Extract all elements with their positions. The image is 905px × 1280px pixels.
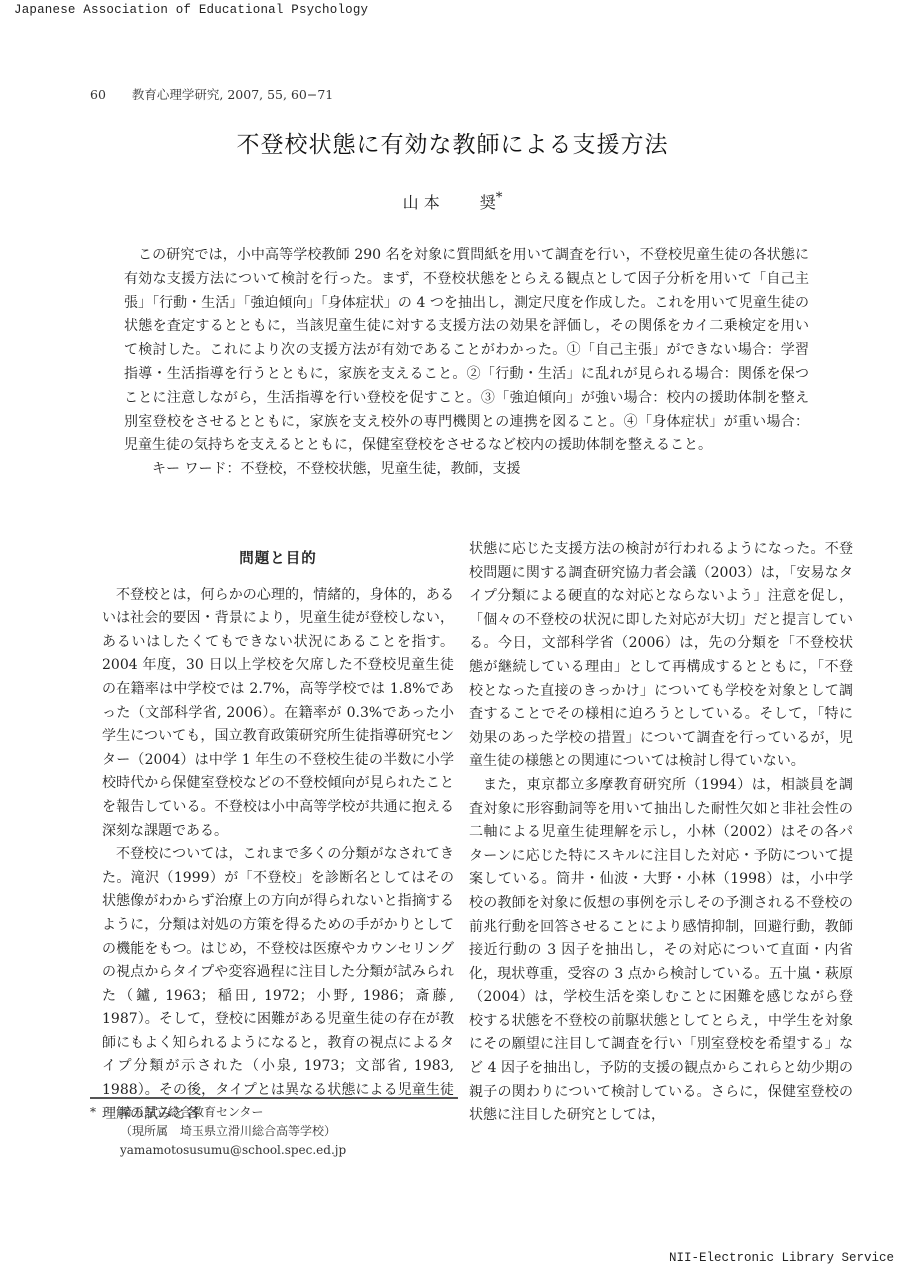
author-family-name: 山 本 bbox=[403, 193, 440, 212]
abstract-text: この研究では，小中高等学校教師 290 名を対象に質問紙を用いて調査を行い，不登… bbox=[124, 244, 809, 458]
author: 山 本奨* bbox=[0, 190, 905, 213]
footnote-current-affiliation: （現所属 埼玉県立滑川総合高等学校） bbox=[90, 1122, 346, 1141]
section-heading: 問題と目的 bbox=[102, 548, 454, 572]
page-number: 60 bbox=[90, 87, 106, 102]
body-column-right: 状態に応じた支援方法の検討が行われるようになった。不登校問題に関する調査研究協力… bbox=[469, 538, 853, 1128]
footer-service: NII-Electronic Library Service bbox=[669, 1251, 894, 1265]
body-column-left: 問題と目的 不登校とは，何らかの心理的，情緒的，身体的，あるいは社会的要因・背景… bbox=[102, 538, 454, 1126]
running-head: 60 教育心理学研究, 2007, 55, 60−71 bbox=[90, 85, 333, 103]
keywords: キー ワード：不登校，不登校状態，児童生徒，教師，支援 bbox=[124, 458, 809, 482]
body-paragraph: また，東京都立多摩教育研究所（1994）は，相談員を調査対象に形容動詞等を用いて… bbox=[469, 774, 853, 1128]
footnote-divider bbox=[90, 1097, 458, 1099]
body-paragraph: 不登校については，これまで多くの分類がなされてきた。滝沢（1999）が「不登校」… bbox=[102, 843, 454, 1126]
header-organization: Japanese Association of Educational Psyc… bbox=[14, 3, 368, 17]
article-title: 不登校状態に有効な教師による支援方法 bbox=[0, 126, 905, 159]
abstract: この研究では，小中高等学校教師 290 名を対象に質問紙を用いて調査を行い，不登… bbox=[124, 244, 809, 482]
footnote: *埼玉県立総合教育センター （現所属 埼玉県立滑川総合高等学校） yamamot… bbox=[90, 1103, 346, 1160]
author-given-name: 奨 bbox=[480, 193, 496, 212]
body-paragraph: 不登校とは，何らかの心理的，情緒的，身体的，あるいは社会的要因・背景により，児童… bbox=[102, 584, 454, 844]
author-footnote-mark: * bbox=[496, 191, 503, 206]
journal-citation: 教育心理学研究, 2007, 55, 60−71 bbox=[132, 87, 333, 102]
body-paragraph: 状態に応じた支援方法の検討が行われるようになった。不登校問題に関する調査研究協力… bbox=[469, 538, 853, 774]
footnote-mark: * bbox=[90, 1103, 120, 1122]
footnote-email: yamamotosusumu@school.spec.ed.jp bbox=[90, 1141, 346, 1160]
footnote-affiliation: 埼玉県立総合教育センター bbox=[120, 1105, 264, 1119]
